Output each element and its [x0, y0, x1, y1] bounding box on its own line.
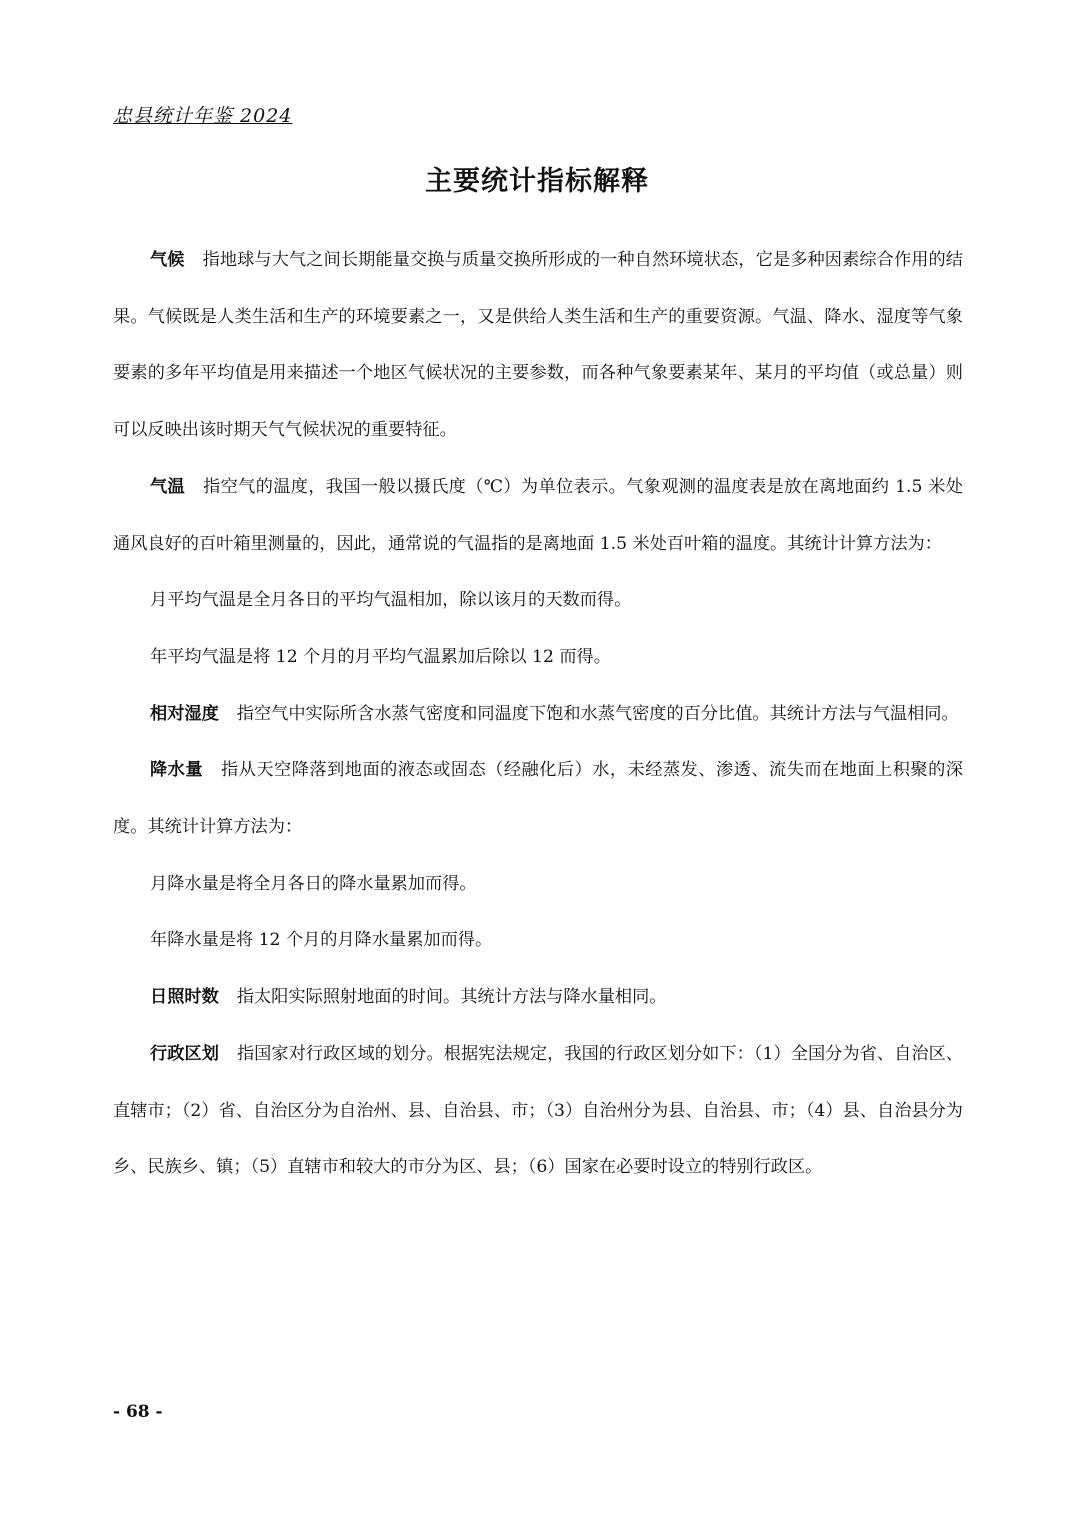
paragraph-text: 年平均气温是将 12 个月的月平均气温累加后除以 12 而得。	[150, 647, 611, 667]
term-label: 行政区划	[150, 1044, 219, 1064]
paragraph-climate: 气候指地球与大气之间长期能量交换与质量交换所形成的一种自然环境状态，它是多种因素…	[113, 232, 963, 459]
term-label: 日照时数	[150, 987, 219, 1007]
paragraph-text: 指太阳实际照射地面的时间。其统计方法与降水量相同。	[237, 987, 667, 1007]
document-body: 气候指地球与大气之间长期能量交换与质量交换所形成的一种自然环境状态，它是多种因素…	[113, 232, 963, 1196]
term-label: 气候	[150, 250, 185, 270]
paragraph-relative-humidity: 相对湿度指空气中实际所含水蒸气密度和同温度下饱和水蒸气密度的百分比值。其统计方法…	[113, 686, 963, 743]
page-title: 主要统计指标解释	[0, 162, 1074, 202]
term-label: 降水量	[150, 760, 203, 780]
paragraph-text: 月平均气温是全月各日的平均气温相加，除以该月的天数而得。	[150, 590, 631, 610]
paragraph-text: 指从天空降落到地面的液态或固态（经融化后）水，未经蒸发、渗透、流失而在地面上积聚…	[113, 760, 963, 837]
paragraph-annual-temperature: 年平均气温是将 12 个月的月平均气温累加后除以 12 而得。	[113, 629, 963, 686]
paragraph-text: 年降水量是将 12 个月的月降水量累加而得。	[150, 930, 492, 950]
paragraph-precipitation: 降水量指从天空降落到地面的液态或固态（经融化后）水，未经蒸发、渗透、流失而在地面…	[113, 742, 963, 855]
running-header: 忠县统计年鉴 2024	[113, 103, 292, 129]
term-label: 气温	[150, 477, 185, 497]
paragraph-text: 指空气的温度，我国一般以摄氏度（℃）为单位表示。气象观测的温度表是放在离地面约 …	[113, 477, 963, 554]
paragraph-text: 指空气中实际所含水蒸气密度和同温度下饱和水蒸气密度的百分比值。其统计方法与气温相…	[237, 704, 959, 724]
paragraph-text: 指地球与大气之间长期能量交换与质量交换所形成的一种自然环境状态，它是多种因素综合…	[113, 250, 963, 440]
term-label: 相对湿度	[150, 704, 219, 724]
paragraph-text: 月降水量是将全月各日的降水量累加而得。	[150, 874, 477, 894]
paragraph-administrative-division: 行政区划指国家对行政区域的划分。根据宪法规定，我国的行政区划分如下：（1）全国分…	[113, 1026, 963, 1196]
paragraph-text: 指国家对行政区域的划分。根据宪法规定，我国的行政区划分如下：（1）全国分为省、自…	[113, 1044, 963, 1177]
paragraph-monthly-temperature: 月平均气温是全月各日的平均气温相加，除以该月的天数而得。	[113, 572, 963, 629]
page-number: - 68 -	[113, 1400, 163, 1424]
paragraph-monthly-precipitation: 月降水量是将全月各日的降水量累加而得。	[113, 856, 963, 913]
paragraph-annual-precipitation: 年降水量是将 12 个月的月降水量累加而得。	[113, 912, 963, 969]
paragraph-sunshine-hours: 日照时数指太阳实际照射地面的时间。其统计方法与降水量相同。	[113, 969, 963, 1026]
paragraph-temperature: 气温指空气的温度，我国一般以摄氏度（℃）为单位表示。气象观测的温度表是放在离地面…	[113, 459, 963, 572]
